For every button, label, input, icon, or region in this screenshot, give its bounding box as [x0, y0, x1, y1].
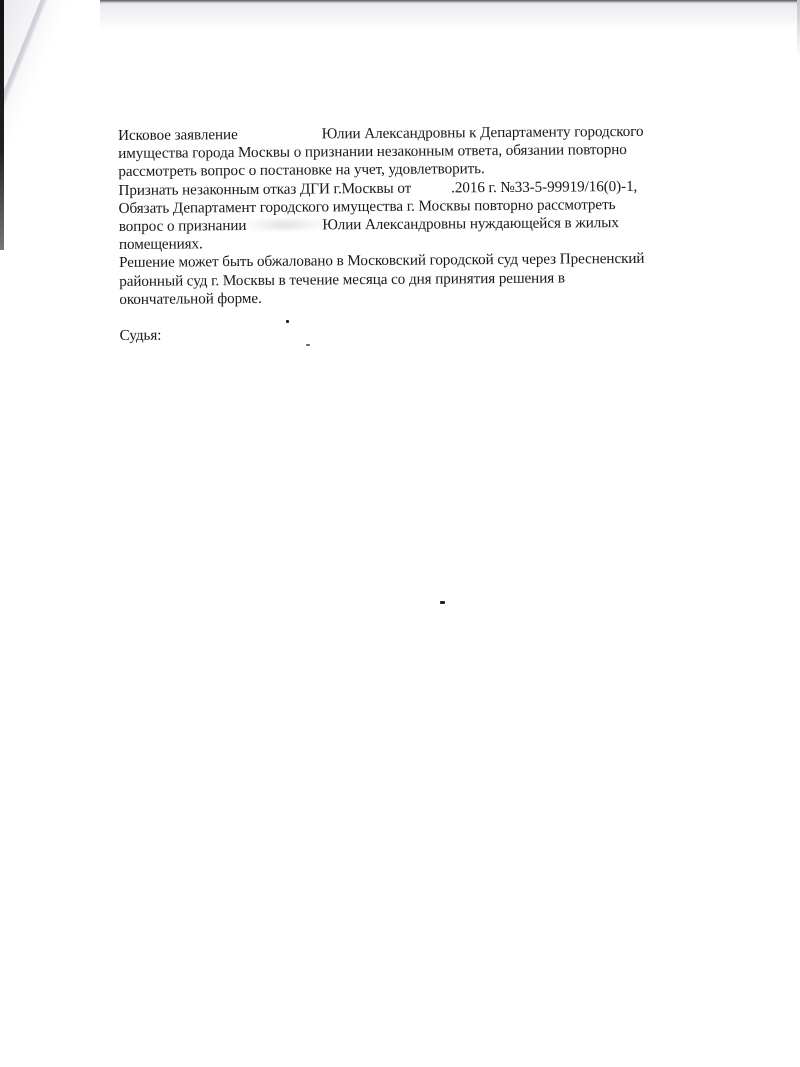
signature-label: Судья: — [120, 322, 700, 345]
text-segment: вопрос о признании — [119, 217, 247, 235]
scan-speck — [440, 601, 445, 604]
document-body: Исковое заявлениеЮлии Александровны к Де… — [118, 122, 700, 345]
text-segment: Исковое заявление — [118, 126, 238, 144]
text-segment: Признать незаконным отказ ДГИ г.Москвы о… — [118, 179, 411, 198]
appeal-line-3: окончательной форме. — [119, 286, 699, 309]
text-segment: Юлии Александровны нуждающейся в жилых — [322, 214, 619, 233]
scan-top-edge — [100, 0, 800, 4]
scan-speck — [306, 344, 310, 346]
text-segment: Юлии Александровны к Департаменту городс… — [322, 123, 644, 143]
redacted-surname-blurred — [246, 217, 322, 232]
redacted-date — [411, 180, 451, 194]
scan-speck — [286, 320, 289, 323]
redacted-surname — [238, 126, 322, 141]
scan-left-edge — [0, 0, 4, 250]
scan-page-fold-shade — [0, 0, 100, 250]
text-segment: .2016 г. №33-5-99919/16(0)-1, — [451, 178, 637, 196]
scan-top-shadow — [100, 0, 800, 30]
